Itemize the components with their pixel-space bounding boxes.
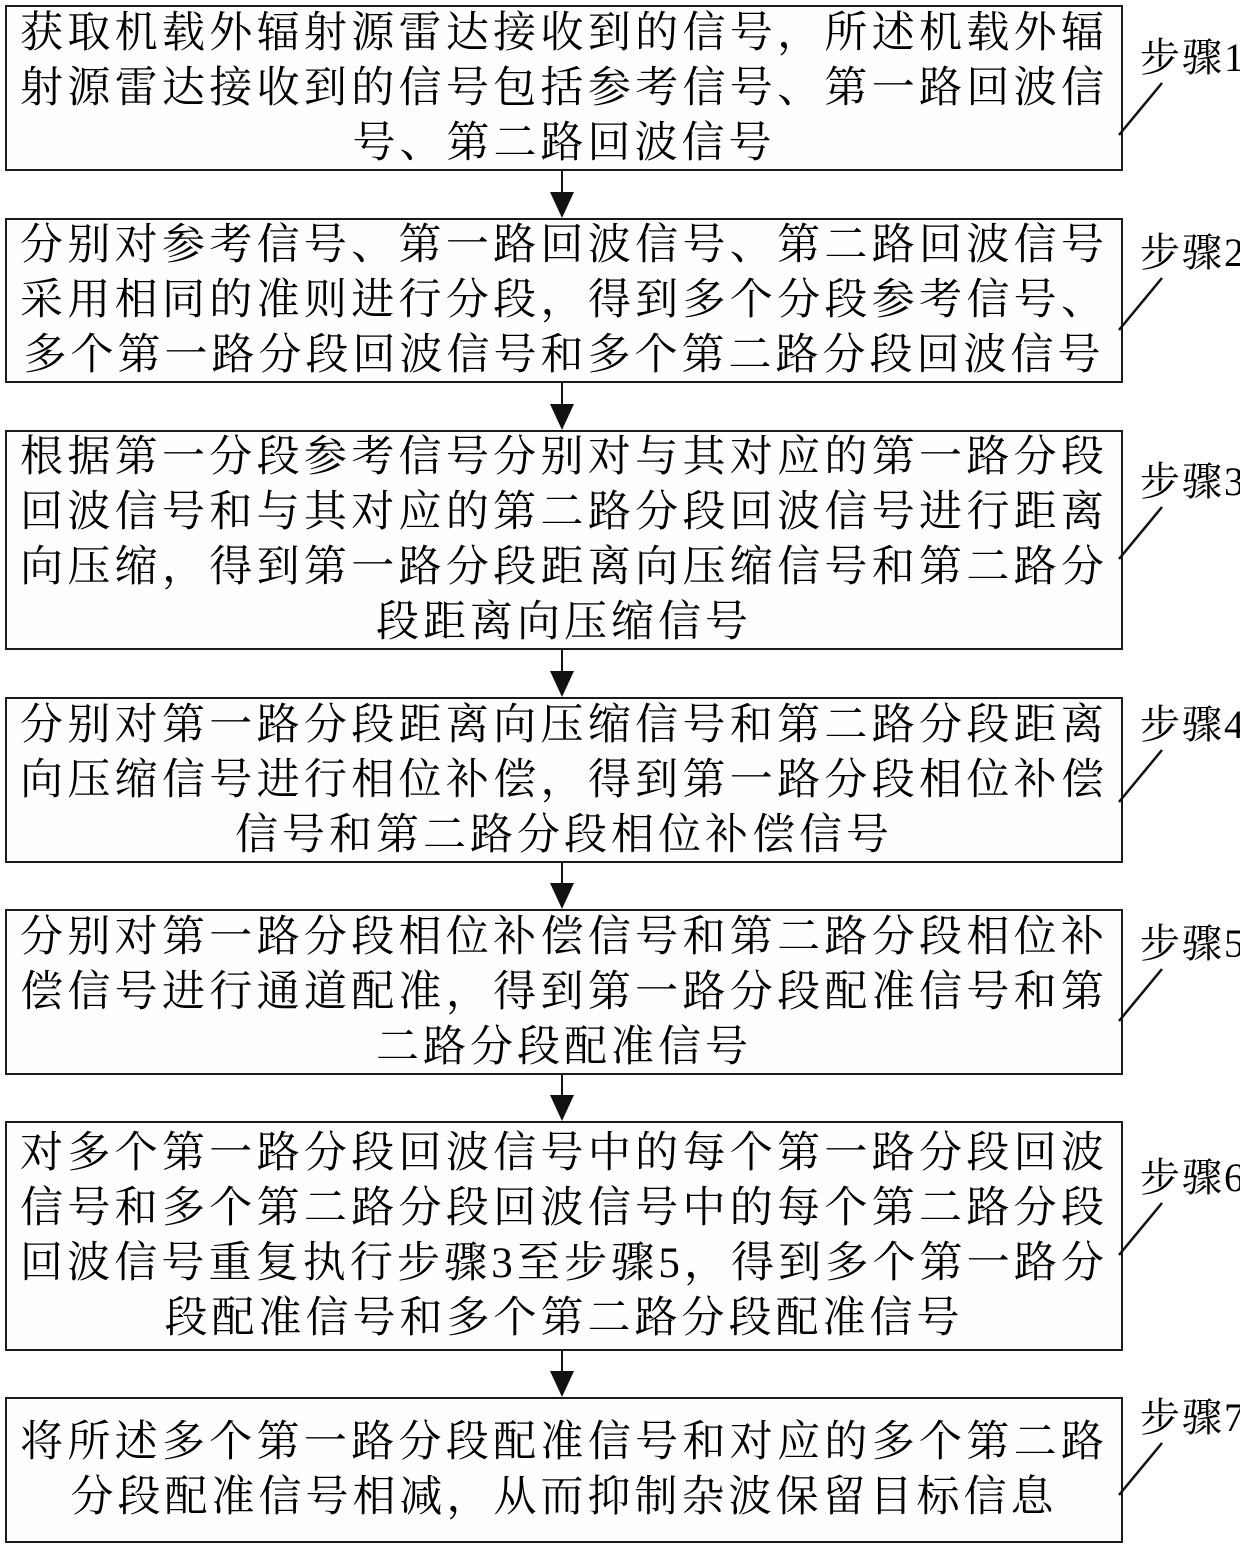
- step-3-box: 根据第一分段参考信号分别对与其对应的第一路分段回波信号和与其对应的第二路分段回波…: [5, 430, 1123, 650]
- step-4-text: 分别对第一路分段距离向压缩信号和第二路分段距离向压缩信号进行相位补偿，得到第一路…: [20, 698, 1108, 863]
- step-6-text: 对多个第一路分段回波信号中的每个第一路分段回波信号和多个第二路分段回波信号中的每…: [20, 1126, 1108, 1346]
- step-1-label: 步骤1: [1140, 36, 1240, 80]
- step-2-text: 分别对参考信号、第一路回波信号、第二路回波信号采用相同的准则进行分段，得到多个分…: [20, 218, 1108, 383]
- step-5-label: 步骤5: [1140, 922, 1240, 966]
- step-6-box: 对多个第一路分段回波信号中的每个第一路分段回波信号和多个第二路分段回波信号中的每…: [5, 1121, 1123, 1351]
- flow-arrow-4: [549, 863, 575, 909]
- step-1-text: 获取机载外辐射源雷达接收到的信号，所述机载外辐射源雷达接收到的信号包括参考信号、…: [20, 6, 1108, 171]
- step-2-leader-line: [1116, 275, 1166, 333]
- step-4-box: 分别对第一路分段距离向压缩信号和第二路分段距离向压缩信号进行相位补偿，得到第一路…: [5, 697, 1123, 863]
- step-3-text: 根据第一分段参考信号分别对与其对应的第一路分段回波信号和与其对应的第二路分段回波…: [20, 430, 1108, 650]
- step-3-leader-line: [1116, 504, 1166, 562]
- flow-arrow-2: [549, 383, 575, 430]
- step-7-box: 将所述多个第一路分段配准信号和对应的多个第二路分段配准信号相减，从而抑制杂波保留…: [5, 1397, 1123, 1543]
- step-5-box: 分别对第一路分段相位补偿信号和第二路分段相位补偿信号进行通道配准，得到第一路分段…: [5, 909, 1123, 1075]
- arrowhead-down-icon: [550, 883, 574, 909]
- flow-arrow-5: [549, 1075, 575, 1121]
- step-5-leader-line: [1116, 966, 1166, 1024]
- arrowhead-down-icon: [550, 1371, 574, 1397]
- flowchart-figure: 获取机载外辐射源雷达接收到的信号，所述机载外辐射源雷达接收到的信号包括参考信号、…: [0, 0, 1240, 1555]
- arrowhead-down-icon: [550, 404, 574, 430]
- flow-arrow-3: [549, 650, 575, 697]
- step-6-leader-line: [1116, 1200, 1166, 1258]
- step-2-box: 分别对参考信号、第一路回波信号、第二路回波信号采用相同的准则进行分段，得到多个分…: [5, 218, 1123, 383]
- step-2-label: 步骤2: [1140, 231, 1240, 275]
- step-7-leader-line: [1116, 1440, 1166, 1498]
- step-1-leader-line: [1116, 80, 1166, 138]
- step-3-label: 步骤3: [1140, 460, 1240, 504]
- step-1-box: 获取机载外辐射源雷达接收到的信号，所述机载外辐射源雷达接收到的信号包括参考信号、…: [5, 5, 1123, 171]
- step-7-text: 将所述多个第一路分段配准信号和对应的多个第二路分段配准信号相减，从而抑制杂波保留…: [20, 1415, 1108, 1525]
- step-5-text: 分别对第一路分段相位补偿信号和第二路分段相位补偿信号进行通道配准，得到第一路分段…: [20, 910, 1108, 1075]
- arrowhead-down-icon: [550, 192, 574, 218]
- flow-arrow-1: [549, 171, 575, 218]
- step-6-label: 步骤6: [1140, 1156, 1240, 1200]
- step-4-label: 步骤4: [1140, 703, 1240, 747]
- arrowhead-down-icon: [550, 1095, 574, 1121]
- flow-arrow-6: [549, 1351, 575, 1397]
- arrowhead-down-icon: [550, 671, 574, 697]
- step-4-leader-line: [1116, 747, 1166, 805]
- step-7-label: 步骤7: [1140, 1396, 1240, 1440]
